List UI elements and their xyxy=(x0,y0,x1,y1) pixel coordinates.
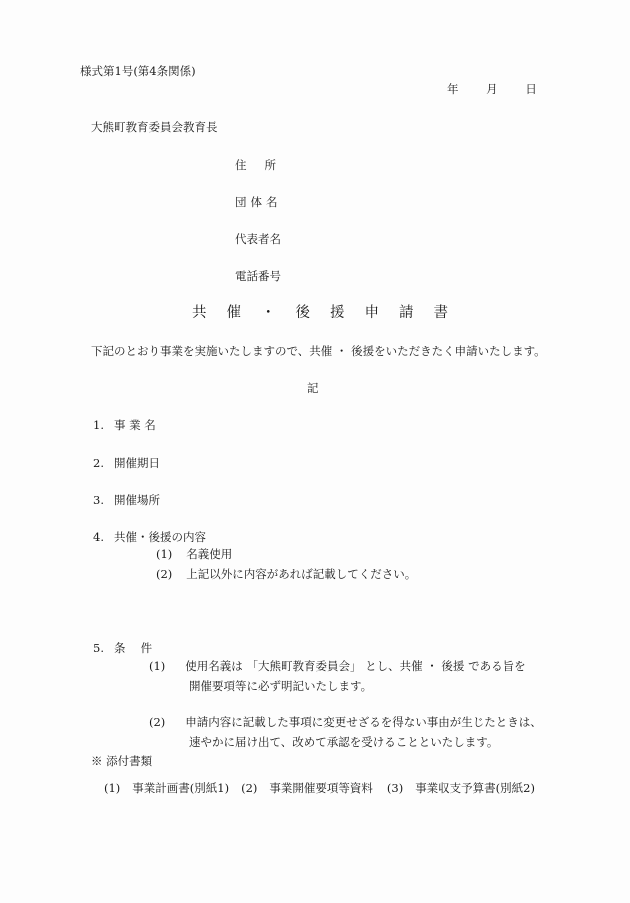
item-number: 5. xyxy=(93,643,104,655)
item-label: 条 件 xyxy=(114,641,152,655)
applicant-address-label: 住所 xyxy=(235,160,294,172)
attachments-list: (1)事業計画書(別紙1)(2)事業開催要項等資料(3)事業収支予算書(別紙2) xyxy=(104,783,535,795)
attachment-event-guidelines: 事業開催要項等資料 xyxy=(269,781,373,795)
item-label: 開催場所 xyxy=(114,493,160,507)
intro-text: 下記のとおり事業を実施いたしますので、共催 ・ 後援をいただきたく申請いたします… xyxy=(91,346,546,358)
sub-item-other: (2)上記以外に内容があれば記載してください。 xyxy=(156,569,416,581)
item-label: 共催・後援の内容 xyxy=(114,530,206,544)
date-month-label: 月 xyxy=(486,84,498,96)
item-event-date: 2.開催期日 xyxy=(93,458,160,470)
condition-2-line-1: (2)申請内容に記載した事項に変更せざるを得ない事由が生じたときは、 xyxy=(149,717,542,729)
attachments-heading: ※ 添付書類 xyxy=(91,756,152,768)
form-number: 様式第1号(第4条関係) xyxy=(80,66,196,78)
item-event-name: 1.事 業 名 xyxy=(93,420,156,432)
condition-number: (2) xyxy=(149,715,165,729)
date-day-label: 日 xyxy=(525,84,537,96)
item-label: 事 業 名 xyxy=(114,418,156,432)
item-conditions: 5.条 件 xyxy=(93,643,152,655)
date-line: 年 月 日 xyxy=(447,84,537,96)
attachment-number: (1) xyxy=(104,781,120,795)
condition-1-line-1: (1)使用名義は 「大熊町教育委員会」 とし、共催 ・ 後援 である旨を xyxy=(149,661,526,673)
condition-1-line-2: 開催要項等に必ず明記いたします。 xyxy=(189,681,372,693)
item-number: 4. xyxy=(93,532,104,544)
attachment-number: (3) xyxy=(387,781,403,795)
applicant-group-name-label: 団体名 xyxy=(235,197,282,209)
item-label: 開催期日 xyxy=(114,456,160,470)
item-support-content: 4.共催・後援の内容 xyxy=(93,532,206,544)
item-number: 2. xyxy=(93,458,104,470)
ki-heading: 記 xyxy=(307,383,319,395)
attachment-budget: 事業収支予算書(別紙2) xyxy=(415,781,535,795)
sub-item-text: 名義使用 xyxy=(186,547,232,561)
item-number: 1. xyxy=(93,420,104,432)
sub-item-name-use: (1)名義使用 xyxy=(156,549,232,561)
condition-text: 申請内容に記載した事項に変更せざるを得ない事由が生じたときは、 xyxy=(185,715,542,729)
application-form-page: 様式第1号(第4条関係) 年 月 日 大熊町教育委員会教育長 住所 団体名 代表… xyxy=(0,0,630,903)
document-title: 共催・後援申請書 xyxy=(192,306,468,321)
condition-number: (1) xyxy=(149,659,165,673)
item-number: 3. xyxy=(93,495,104,507)
applicant-representative-label: 代表者名 xyxy=(235,234,281,246)
sub-item-number: (1) xyxy=(156,547,172,561)
attachment-business-plan: 事業計画書(別紙1) xyxy=(132,781,229,795)
attachment-number: (2) xyxy=(241,781,257,795)
addressee: 大熊町教育委員会教育長 xyxy=(91,122,218,134)
sub-item-text: 上記以外に内容があれば記載してください。 xyxy=(186,567,416,581)
applicant-phone-label: 電話番号 xyxy=(235,271,281,283)
date-year-label: 年 xyxy=(447,84,459,96)
condition-text: 使用名義は 「大熊町教育委員会」 とし、共催 ・ 後援 である旨を xyxy=(185,659,525,673)
condition-2-line-2: 速やかに届け出て、改めて承認を受けることといたします。 xyxy=(189,737,498,749)
item-event-venue: 3.開催場所 xyxy=(93,495,160,507)
sub-item-number: (2) xyxy=(156,567,172,581)
